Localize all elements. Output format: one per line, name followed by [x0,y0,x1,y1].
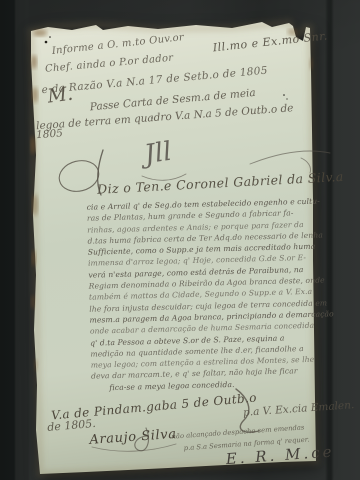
closing-right-note: p.a V. Ex.cia Emalen. [243,399,355,419]
dispatch-line-2: Chef. ainda o P.or dador [45,53,174,75]
order-initial: M. [46,83,74,108]
photograph-of-manuscript: Informe a O. m.to Ouv.or Ill.mo e Ex.mo … [0,0,360,480]
petition-opening-line: Diz o Ten.e Coronel Gabriel da Silv.a [97,169,344,197]
addressee-line: Ill.mo e Ex.mo Snr. [212,29,328,54]
petition-body: cia e Arrail q' de Seg.do tem estabeleci… [86,195,335,393]
manuscript-text-layer: Informe a O. m.to Ouv.or Ill.mo e Ex.mo … [0,0,360,480]
signature: Araujo Silva [89,427,177,448]
rubric-paraph: Jll [143,137,174,170]
closing-year: de 1805. [47,417,96,434]
order-line-3: 1805 [36,127,64,141]
